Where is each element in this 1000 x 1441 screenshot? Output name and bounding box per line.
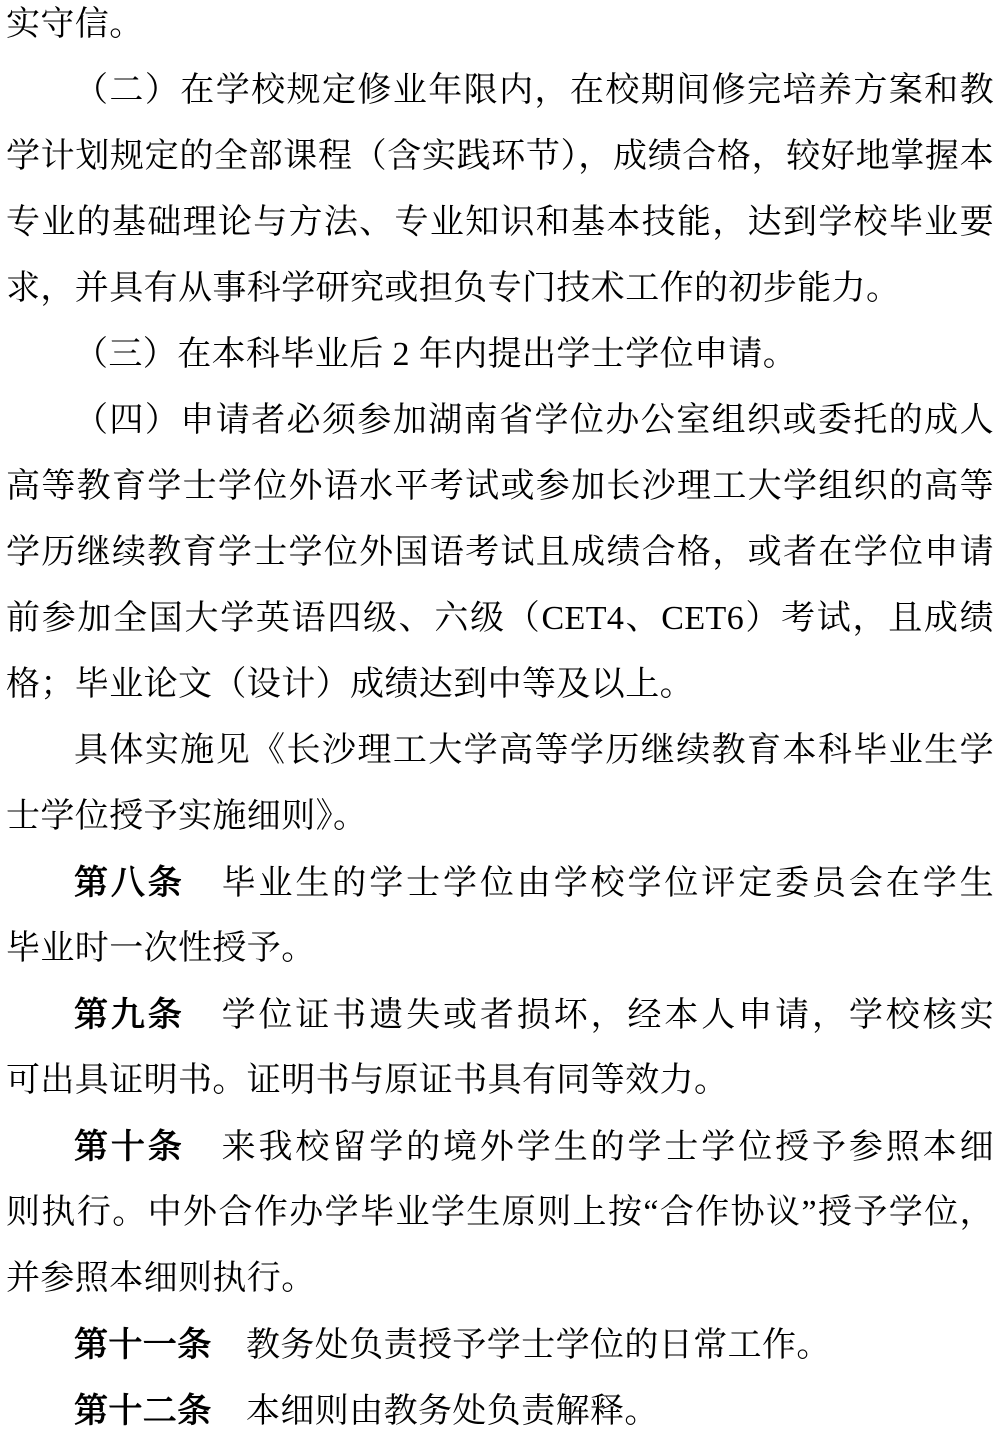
article-number-heading: 第九条 bbox=[74, 996, 185, 1034]
text-line: 专业的基础理论与方法、专业知识和基本技能，达到学校毕业要 bbox=[6, 190, 994, 256]
body-text: 并参照本细则执行。 bbox=[6, 1260, 316, 1297]
text-line: 学计划规定的全部课程（含实践环节），成绩合格，较好地掌握本 bbox=[6, 124, 994, 190]
body-text: 本细则由教务处负责解释。 bbox=[212, 1393, 659, 1430]
text-line: 第八条 毕业生的学士学位由学校学位评定委员会在学生 bbox=[6, 850, 994, 916]
text-line: （三）在本科毕业后 2 年内提出学士学位申请。 bbox=[6, 322, 994, 388]
article-number-heading: 第十条 bbox=[74, 1128, 185, 1166]
document-text-block: 实守信。（二）在学校规定修业年限内，在校期间修完培养方案和教学计划规定的全部课程… bbox=[0, 0, 1000, 1441]
text-line: 格；毕业论文（设计）成绩达到中等及以上。 bbox=[6, 652, 994, 718]
body-text: 毕业生的学士学位由学校学位评定委员会在学生 bbox=[185, 865, 994, 902]
body-text: 具体实施见《长沙理工大学高等学历继续教育本科毕业生学 bbox=[74, 732, 994, 769]
body-text: 则执行。中外合作办学毕业学生原则上按“合作协议”授予学位， bbox=[6, 1194, 994, 1231]
body-text: 前参加全国大学英语四级、六级（CET4、CET6）考试，且成绩合 bbox=[6, 600, 994, 652]
text-line: 学历继续教育学士学位外国语考试且成绩合格，或者在学位申请 bbox=[6, 520, 994, 586]
text-line: 第九条 学位证书遗失或者损坏，经本人申请，学校核实后， bbox=[6, 982, 994, 1048]
body-text: （四）申请者必须参加湖南省学位办公室组织或委托的成人 bbox=[74, 402, 994, 439]
text-line: 并参照本细则执行。 bbox=[6, 1246, 994, 1312]
body-text: 教务处负责授予学士学位的日常工作。 bbox=[212, 1327, 831, 1364]
text-line: 毕业时一次性授予。 bbox=[6, 916, 994, 982]
text-line: 高等教育学士学位外语水平考试或参加长沙理工大学组织的高等 bbox=[6, 454, 994, 520]
body-text: （二）在学校规定修业年限内，在校期间修完培养方案和教 bbox=[74, 72, 994, 109]
body-text: 实守信。 bbox=[6, 6, 144, 43]
body-text: 高等教育学士学位外语水平考试或参加长沙理工大学组织的高等 bbox=[6, 468, 994, 505]
article-number-heading: 第十一条 bbox=[74, 1326, 212, 1364]
article-number-heading: 第十二条 bbox=[74, 1392, 212, 1430]
text-line: 具体实施见《长沙理工大学高等学历继续教育本科毕业生学 bbox=[6, 718, 994, 784]
body-text: 专业的基础理论与方法、专业知识和基本技能，达到学校毕业要 bbox=[6, 204, 994, 241]
body-text: 格；毕业论文（设计）成绩达到中等及以上。 bbox=[6, 666, 694, 703]
text-line: 前参加全国大学英语四级、六级（CET4、CET6）考试，且成绩合 bbox=[6, 586, 994, 652]
text-line: （四）申请者必须参加湖南省学位办公室组织或委托的成人 bbox=[6, 388, 994, 454]
text-line: 实守信。 bbox=[6, 0, 994, 58]
body-text: 来我校留学的境外学生的学士学位授予参照本细 bbox=[185, 1129, 994, 1166]
document-page: 实守信。（二）在学校规定修业年限内，在校期间修完培养方案和教学计划规定的全部课程… bbox=[0, 0, 1000, 1441]
text-line: （二）在学校规定修业年限内，在校期间修完培养方案和教 bbox=[6, 58, 994, 124]
body-text: 学历继续教育学士学位外国语考试且成绩合格，或者在学位申请 bbox=[6, 534, 994, 571]
text-line: 士学位授予实施细则》。 bbox=[6, 784, 994, 850]
text-line: 第十条 来我校留学的境外学生的学士学位授予参照本细 bbox=[6, 1114, 994, 1180]
body-text: 学计划规定的全部课程（含实践环节），成绩合格，较好地掌握本 bbox=[6, 138, 994, 175]
body-text: 求，并具有从事科学研究或担负专门技术工作的初步能力。 bbox=[6, 270, 900, 307]
body-text: 可出具证明书。证明书与原证书具有同等效力。 bbox=[6, 1062, 728, 1099]
text-line: 第十一条 教务处负责授予学士学位的日常工作。 bbox=[6, 1312, 994, 1378]
article-number-heading: 第八条 bbox=[74, 864, 185, 902]
body-text: 士学位授予实施细则》。 bbox=[6, 798, 367, 835]
body-text: 毕业时一次性授予。 bbox=[6, 930, 316, 967]
body-text: 学位证书遗失或者损坏，经本人申请，学校核实后， bbox=[74, 997, 994, 1048]
body-text: （三）在本科毕业后 2 年内提出学士学位申请。 bbox=[74, 336, 797, 373]
text-line: 求，并具有从事科学研究或担负专门技术工作的初步能力。 bbox=[6, 256, 994, 322]
text-line: 第十二条 本细则由教务处负责解释。 bbox=[6, 1378, 994, 1441]
text-line: 可出具证明书。证明书与原证书具有同等效力。 bbox=[6, 1048, 994, 1114]
text-line: 则执行。中外合作办学毕业学生原则上按“合作协议”授予学位， bbox=[6, 1180, 994, 1246]
